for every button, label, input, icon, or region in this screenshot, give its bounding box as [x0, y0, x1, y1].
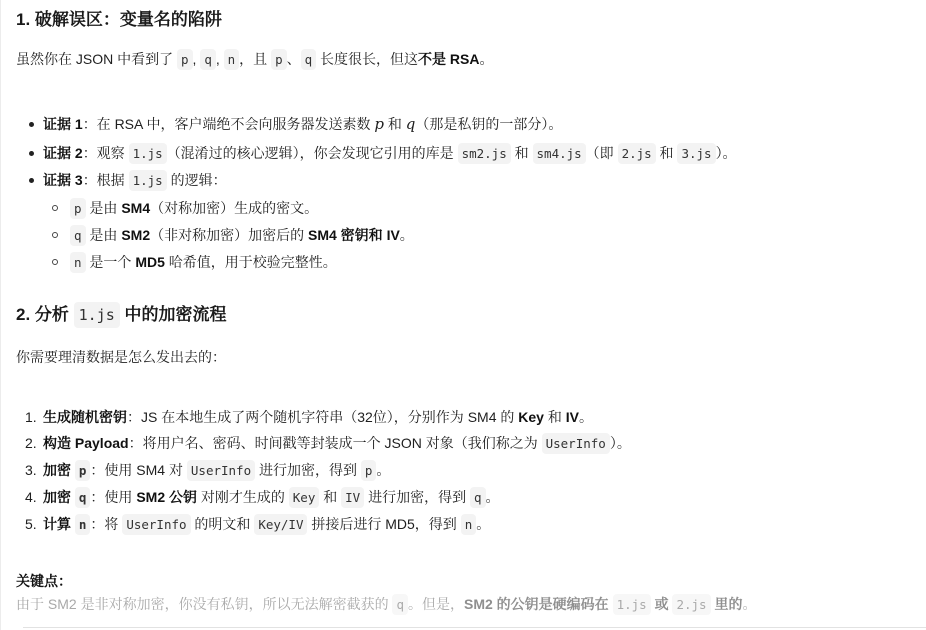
inline-code: 2.js	[672, 594, 710, 615]
keypoint-label: 关键点：	[16, 571, 72, 591]
inline-code: Key/IV	[254, 514, 307, 535]
inline-code: 2.js	[618, 143, 656, 164]
step-3: 3. 加密 p：使用 SM4 对 UserInfo 进行加密，得到 p。	[16, 460, 390, 481]
inline-code: n	[75, 514, 91, 535]
inline-code: 3.js	[677, 143, 715, 164]
inline-code: n	[224, 49, 240, 70]
inline-code: 1.js	[613, 594, 651, 615]
inline-code: 1.js	[74, 302, 120, 328]
inline-code: n	[70, 252, 86, 273]
list-item-evidence-3: 证据 3：根据 1.js 的逻辑：	[16, 170, 227, 191]
section1-intro: 虽然你在 JSON 中看到了 p, q, n，且 p、q 长度很长，但这不是 R…	[16, 49, 493, 70]
step-1: 1. 生成随机密钥：JS 在本地生成了两个随机字符串（32位），分别作为 SM4…	[16, 407, 593, 427]
inline-code: Key	[289, 487, 320, 508]
inline-code: n	[461, 514, 477, 535]
inline-code: 1.js	[129, 170, 167, 191]
inline-code: UserInfo	[122, 514, 190, 535]
inline-code: sm4.js	[533, 143, 586, 164]
list-item-evidence-2: 证据 2：观察 1.js（混淆过的核心逻辑），你会发现它引用的库是 sm2.js…	[16, 143, 737, 164]
chat-message-panel: 1. 破解误区：变量名的陷阱 虽然你在 JSON 中看到了 p, q, n，且 …	[0, 0, 926, 630]
bullet-icon	[29, 178, 34, 183]
inline-code: p	[271, 49, 287, 70]
section2-heading: 2. 分析 1.js 中的加密流程	[16, 300, 226, 325]
section1-heading: 1. 破解误区：变量名的陷阱	[16, 5, 222, 30]
inline-code: p	[361, 460, 377, 481]
inline-code: 1.js	[129, 143, 167, 164]
step-5: 5. 计算 n：将 UserInfo 的明文和 Key/IV 拼接后进行 MD5…	[16, 514, 490, 535]
section2-intro: 你需要理清数据是怎么发出去的：	[16, 347, 226, 367]
inline-code: sm2.js	[458, 143, 511, 164]
inline-code: UserInfo	[187, 460, 255, 481]
inline-code: IV	[341, 487, 364, 508]
inline-code: p	[177, 49, 193, 70]
keypoint-text: 由于 SM2 是非对称加密，你没有私钥，所以无法解密截获的 q。但是，SM2 的…	[16, 594, 756, 615]
inline-code: q	[70, 225, 86, 246]
inline-code: q	[301, 49, 317, 70]
bullet-icon	[29, 122, 34, 127]
hollow-bullet-icon	[52, 232, 58, 238]
sub-list-item-q: q 是由 SM2（非对称加密）加密后的 SM4 密钥和 IV。	[16, 225, 414, 246]
inline-code: q	[470, 487, 486, 508]
step-2: 2. 构造 Payload：将用户名、密码、时间戳等封装成一个 JSON 对象（…	[16, 433, 631, 454]
inline-code: q	[392, 594, 408, 615]
inline-code: p	[75, 460, 91, 481]
inline-code: q	[75, 487, 91, 508]
list-item-evidence-1: 证据 1：在 RSA 中，客户端绝不会向服务器发送素数 p 和 q（那是私钥的一…	[16, 114, 562, 134]
inline-code: UserInfo	[542, 433, 610, 454]
inline-code: q	[200, 49, 216, 70]
sub-list-item-p: p 是由 SM4（对称加密）生成的密文。	[16, 198, 318, 219]
sub-list-item-n: n 是一个 MD5 哈希值，用于校验完整性。	[16, 252, 337, 273]
bullet-icon	[29, 151, 34, 156]
step-4: 4. 加密 q：使用 SM2 公钥 对刚才生成的 Key 和 IV 进行加密，得…	[16, 487, 500, 508]
hollow-bullet-icon	[52, 259, 58, 265]
divider	[23, 627, 926, 628]
inline-code: p	[70, 198, 86, 219]
hollow-bullet-icon	[52, 205, 58, 211]
